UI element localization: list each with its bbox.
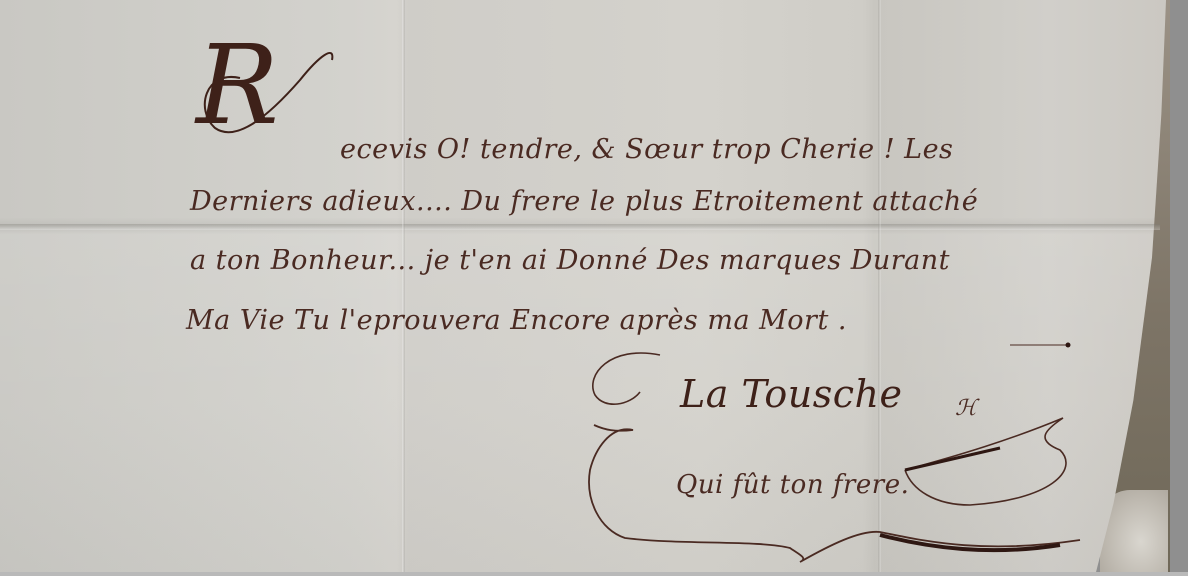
letter-line-1: ecevis O! tendre, & Sœur trop Cherie ! L… [340, 134, 953, 165]
letter-paper [0, 0, 1166, 572]
letter-line-4: Ma Vie Tu l'eprouvera Encore après ma Mo… [186, 305, 847, 336]
photo-stage: R ecevis O! tendre, & Sœur trop Cherie !… [0, 0, 1188, 576]
letter-line-2: Derniers adieux.... Du frere le plus Etr… [190, 186, 978, 217]
horizontal-fold-crease [0, 224, 1160, 230]
vertical-fold-crease-left [402, 0, 405, 572]
decorated-initial: R [196, 30, 279, 140]
paraph-mark: ℋ [955, 396, 977, 421]
signature: La Tousche [680, 372, 902, 416]
bottom-border [0, 572, 1188, 576]
letter-line-3: a ton Bonheur... je t'en ai Donné Des ma… [190, 245, 950, 276]
closing-line: Qui fût ton frere. [676, 470, 909, 500]
